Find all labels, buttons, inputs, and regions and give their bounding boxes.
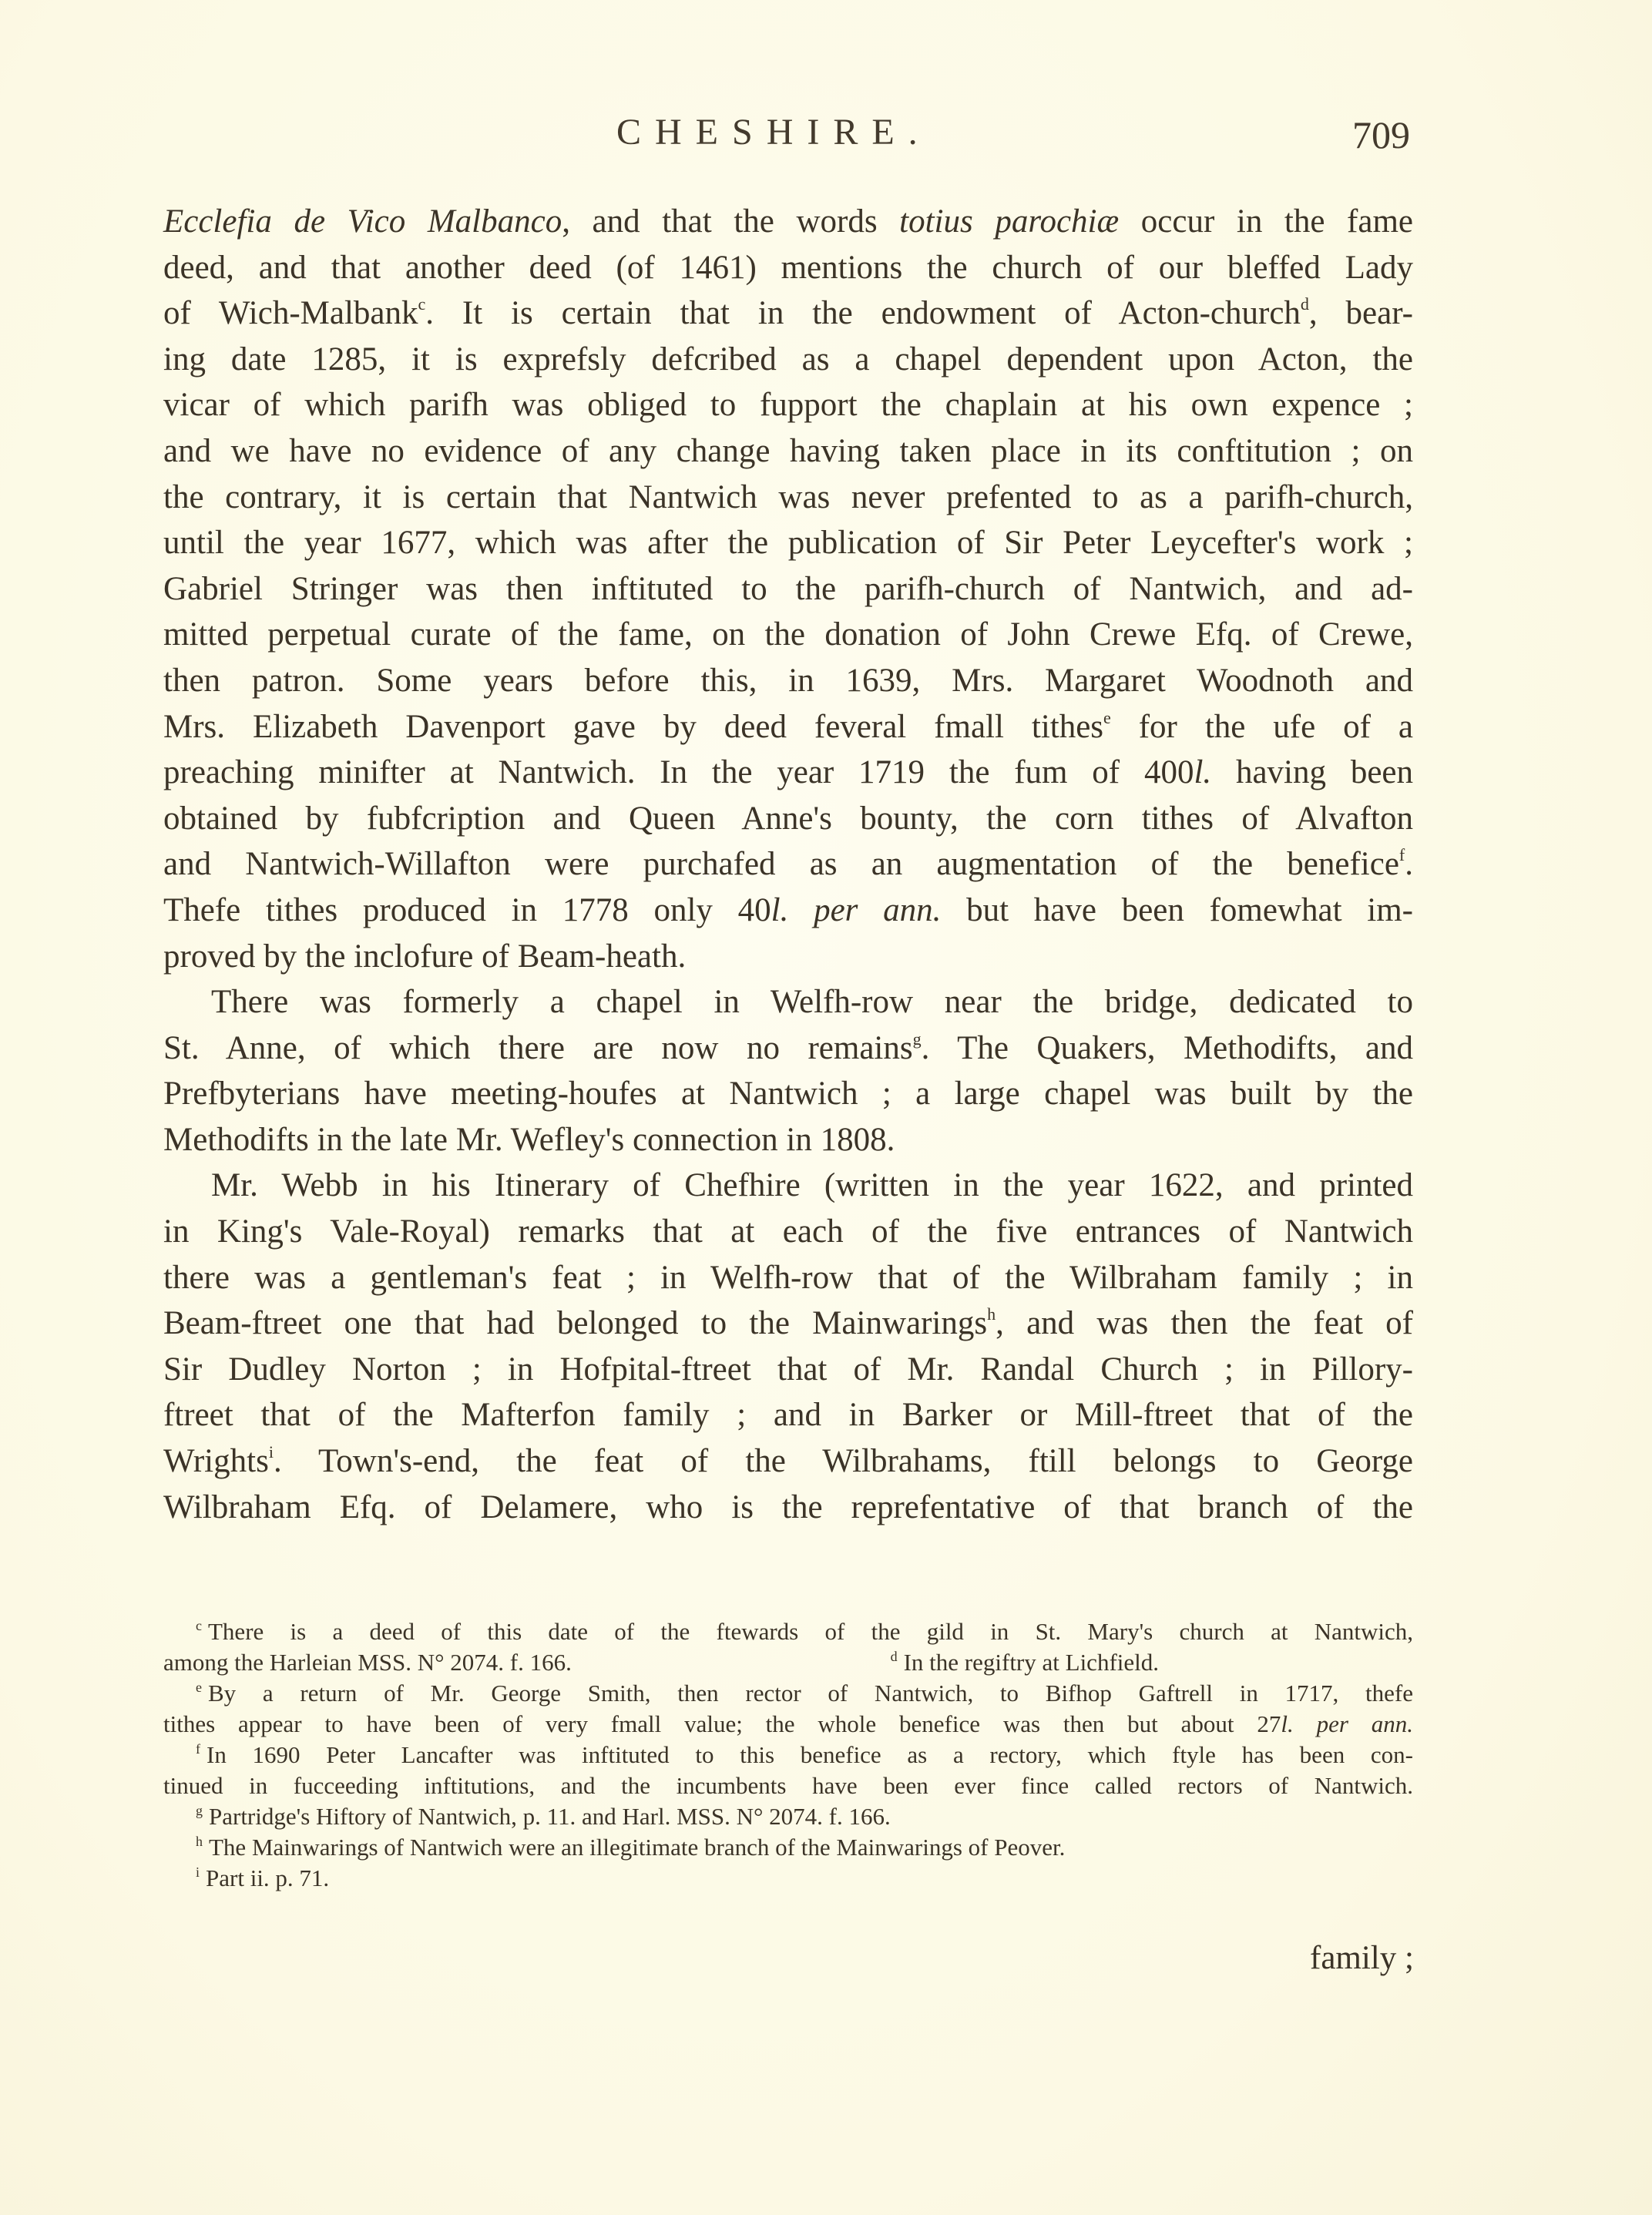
text-run: but have been fomewhat im- xyxy=(941,892,1413,928)
text-run: Sir Dudley Norton ; in Hofpital-ftreet t… xyxy=(163,1351,1413,1388)
body-line: and Nantwich-Willafton were purchafed as… xyxy=(163,841,1413,888)
body-line: mitted perpetual curate of the fame, on … xyxy=(163,612,1413,658)
text-run: there was a gentleman's feat ; in Welfh-… xyxy=(163,1260,1413,1296)
footnote-reference: c xyxy=(418,294,426,314)
body-line: Methodifts in the late Mr. Wefley's conn… xyxy=(163,1117,1413,1163)
footnote-line: fIn 1690 Peter Lancafter was inftituted … xyxy=(163,1740,1413,1770)
text-run: St. Anne, of which there are now no rema… xyxy=(163,1030,913,1066)
text-run: Prefbyterians have meeting-houfes at Nan… xyxy=(163,1076,1413,1112)
body-line: ing date 1285, it is exprefsly defcribed… xyxy=(163,337,1413,383)
text-run: obtained by fubfcription and Queen Anne'… xyxy=(163,800,1413,837)
text-run: ing date 1285, it is exprefsly defcribed… xyxy=(163,341,1413,378)
text-run: There is a deed of this date of the ftew… xyxy=(208,1618,1413,1645)
body-line: Wrightsi. Town's-end, the feat of the Wi… xyxy=(163,1438,1413,1485)
body-line: deed, and that another deed (of 1461) me… xyxy=(163,245,1413,291)
text-run: By a return of Mr. George Smith, then re… xyxy=(208,1680,1413,1707)
text-run: In 1690 Peter Lancafter was inftituted t… xyxy=(206,1741,1413,1768)
body-line: Thefe tithes produced in 1778 only 40l. … xyxy=(163,888,1413,934)
text-run: of Wich-Malbank xyxy=(163,295,418,331)
body-line: There was formerly a chapel in Welfh-row… xyxy=(163,979,1413,1025)
text-run: . The Quakers, Methodifts, and xyxy=(922,1030,1413,1066)
footnote-text: dIn the regiftry at Lichfield. xyxy=(891,1647,1159,1678)
text-run: , bear- xyxy=(1309,295,1413,331)
body-line: Prefbyterians have meeting-houfes at Nan… xyxy=(163,1071,1413,1117)
text-run: having been xyxy=(1211,754,1413,790)
footnote-reference: e xyxy=(1103,708,1111,727)
body-line: Wilbraham Efq. of Delamere, who is the r… xyxy=(163,1485,1413,1531)
running-title: CHESHIRE. xyxy=(616,114,932,151)
page-number: 709 xyxy=(1352,116,1410,154)
footnote-text: among the Harleian MSS. N° 2074. f. 166. xyxy=(163,1647,572,1678)
text-run: Beam-ftreet one that had belonged to the… xyxy=(163,1305,987,1341)
footnote-line: tinued in fucceeding inftitutions, and t… xyxy=(163,1770,1413,1801)
text-run: vicar of which parifh was obliged to fup… xyxy=(163,387,1413,423)
body-line: Gabriel Stringer was then inftituted to … xyxy=(163,566,1413,612)
book-page: CHESHIRE. 709 Ecclefia de Vico Malbanco,… xyxy=(0,0,1652,2215)
footnote-marker: f xyxy=(196,1741,200,1757)
body-line: Ecclefia de Vico Malbanco, and that the … xyxy=(163,199,1413,245)
text-run: , and that the words xyxy=(562,203,899,240)
text-run: proved by the inclofure of Beam-heath. xyxy=(163,938,686,975)
body-line: Beam-ftreet one that had belonged to the… xyxy=(163,1300,1413,1347)
text-run: Methodifts in the late Mr. Wefley's conn… xyxy=(163,1122,895,1158)
body-line: proved by the inclofure of Beam-heath. xyxy=(163,934,1413,980)
body-line: preaching minifter at Nantwich. In the y… xyxy=(163,750,1413,796)
text-run: tithes appear to have been of very fmall… xyxy=(163,1710,1281,1737)
text-run: Mrs. Elizabeth Davenport gave by deed fe… xyxy=(163,709,1103,745)
footnote-reference: d xyxy=(1301,294,1309,314)
text-run: Partridge's Hiftory of Nantwich, p. 11. … xyxy=(209,1803,891,1830)
italic-text: l. xyxy=(1194,754,1211,790)
body-line: there was a gentleman's feat ; in Welfh-… xyxy=(163,1255,1413,1301)
text-run: in King's Vale-Royal) remarks that at ea… xyxy=(163,1213,1413,1250)
footnote-marker: d xyxy=(891,1649,898,1664)
text-run: mitted perpetual curate of the fame, on … xyxy=(163,616,1413,653)
text-run: ftreet that of the Mafterfon family ; an… xyxy=(163,1397,1413,1433)
body-line: and we have no evidence of any change ha… xyxy=(163,428,1413,475)
italic-text: totius parochiæ xyxy=(899,203,1119,240)
body-line: Mr. Webb in his Itinerary of Chefhire (w… xyxy=(163,1163,1413,1209)
text-run: then patron. Some years before this, in … xyxy=(163,663,1413,699)
text-run: Thefe tithes produced in 1778 only 40 xyxy=(163,892,771,928)
footnote-marker: g xyxy=(196,1803,203,1818)
footnote-line: gPartridge's Hiftory of Nantwich, p. 11.… xyxy=(163,1801,1413,1832)
text-run: There was formerly a chapel in Welfh-row… xyxy=(211,984,1413,1020)
body-line: Sir Dudley Norton ; in Hofpital-ftreet t… xyxy=(163,1347,1413,1393)
body-line: St. Anne, of which there are now no rema… xyxy=(163,1025,1413,1072)
body-line: ftreet that of the Mafterfon family ; an… xyxy=(163,1392,1413,1438)
footnote-marker: i xyxy=(196,1864,200,1880)
footnote-marker: e xyxy=(196,1680,202,1695)
footnote-line: cThere is a deed of this date of the fte… xyxy=(163,1616,1413,1647)
body-line: the contrary, it is certain that Nantwic… xyxy=(163,475,1413,521)
footnote-line: iPart ii. p. 71. xyxy=(163,1863,1413,1894)
text-run: until the year 1677, which was after the… xyxy=(163,525,1413,561)
body-line: Mrs. Elizabeth Davenport gave by deed fe… xyxy=(163,704,1413,750)
catchword: family ; xyxy=(1310,1941,1414,1975)
footnote-reference: g xyxy=(913,1029,922,1049)
italic-text: l. per ann. xyxy=(771,892,942,928)
text-run: . It is certain that in the endowment of… xyxy=(425,295,1301,331)
text-run: for the ufe of a xyxy=(1111,709,1413,745)
italic-text: Ecclefia de Vico Malbanco xyxy=(163,203,562,240)
text-run: Gabriel Stringer was then inftituted to … xyxy=(163,571,1413,607)
text-run: . Town's-end, the feat of the Wilbrahams… xyxy=(274,1443,1413,1479)
text-run: tinued in fucceeding inftitutions, and t… xyxy=(163,1772,1413,1799)
text-run: the contrary, it is certain that Nantwic… xyxy=(163,479,1413,515)
text-run: . xyxy=(1405,846,1413,882)
footnote-line: eBy a return of Mr. George Smith, then r… xyxy=(163,1678,1413,1709)
text-run: deed, and that another deed (of 1461) me… xyxy=(163,250,1413,286)
body-line: vicar of which parifh was obliged to fup… xyxy=(163,382,1413,428)
text-run: , and was then the feat of xyxy=(996,1305,1413,1341)
body-line: in King's Vale-Royal) remarks that at ea… xyxy=(163,1209,1413,1255)
text-run: Wilbraham Efq. of Delamere, who is the r… xyxy=(163,1489,1413,1525)
text-run: Mr. Webb in his Itinerary of Chefhire (w… xyxy=(211,1167,1413,1203)
footnote-marker: c xyxy=(196,1618,202,1633)
text-run: The Mainwarings of Nantwich were an ille… xyxy=(209,1834,1065,1861)
footnotes: cThere is a deed of this date of the fte… xyxy=(163,1616,1413,1894)
text-run: occur in the fame xyxy=(1119,203,1413,240)
body-line: of Wich-Malbankc. It is certain that in … xyxy=(163,290,1413,337)
text-run: Part ii. p. 71. xyxy=(206,1864,329,1891)
text-run: preaching minifter at Nantwich. In the y… xyxy=(163,754,1194,790)
footnote-line: among the Harleian MSS. N° 2074. f. 166.… xyxy=(163,1647,1413,1678)
body-text: Ecclefia de Vico Malbanco, and that the … xyxy=(163,199,1413,1530)
text-run: Wrights xyxy=(163,1443,269,1479)
text-run: and Nantwich-Willafton were purchafed as… xyxy=(163,846,1399,882)
italic-text: l. per ann. xyxy=(1281,1710,1413,1737)
text-run: and we have no evidence of any change ha… xyxy=(163,433,1413,469)
footnote-line: hThe Mainwarings of Nantwich were an ill… xyxy=(163,1832,1413,1863)
footnote-marker: h xyxy=(196,1834,203,1849)
body-line: obtained by fubfcription and Queen Anne'… xyxy=(163,796,1413,842)
footnote-line: tithes appear to have been of very fmall… xyxy=(163,1709,1413,1740)
footnote-reference: h xyxy=(987,1304,996,1324)
body-line: until the year 1677, which was after the… xyxy=(163,520,1413,566)
body-line: then patron. Some years before this, in … xyxy=(163,658,1413,704)
